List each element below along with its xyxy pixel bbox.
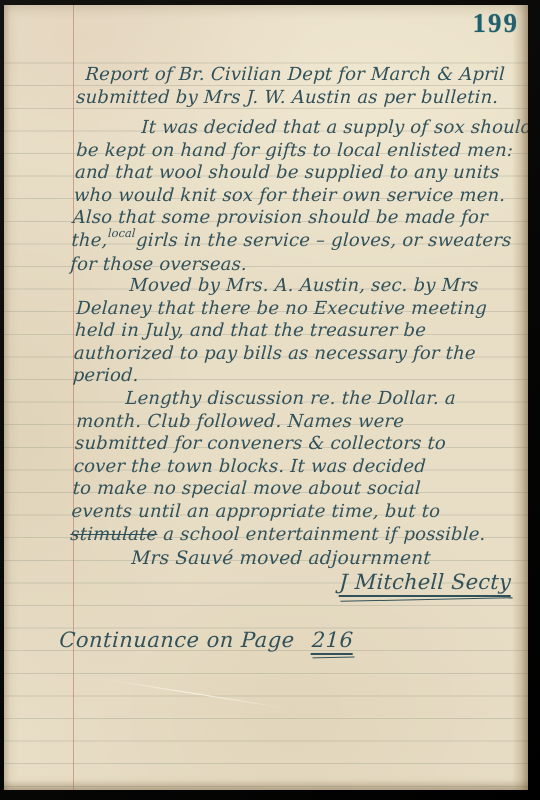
- handwritten-line: Lengthy discussion re. the Dollar. a: [125, 388, 522, 411]
- continuation-page-ref: 216: [311, 629, 354, 655]
- minutes-paragraph-sox-decision: It was decided that a supply of sox shou…: [70, 117, 522, 276]
- adjournment-line: Mrs Sauvé moved adjournment: [131, 548, 522, 571]
- handwritten-line: and that wool should be supplied to any …: [74, 162, 519, 185]
- handwritten-line: who would knit sox for their own service…: [73, 185, 518, 208]
- handwritten-line: submitted for conveners & collectors to: [74, 433, 519, 456]
- handwritten-line: be kept on hand for gifts to local enlis…: [76, 140, 521, 163]
- minutes-paragraph-report: Report of Br. Civilian Dept for March & …: [76, 64, 522, 109]
- continuation-prefix: Continuance on Page: [59, 628, 296, 652]
- handwritten-line: month. Club followed. Names were: [76, 411, 521, 434]
- handwritten-line: period.: [72, 365, 517, 388]
- handwritten-line: for those overseas.: [70, 254, 515, 277]
- handwritten-line: events until an appropriate time, but to: [71, 501, 516, 524]
- secretary-signature: J Mitchell Secty: [339, 571, 512, 597]
- handwritten-line: authorized to pay bills as necessary for…: [73, 343, 518, 366]
- minutes-paragraph-discussion: Lengthy discussion re. the Dollar. amont…: [70, 388, 522, 546]
- notebook-page: 199 Report of Br. Civilian Dept for Marc…: [4, 5, 528, 790]
- handwritten-line: stimulate a school entertainment if poss…: [70, 524, 515, 547]
- handwritten-line: to make no special move about social: [72, 478, 517, 501]
- handwritten-line: Report of Br. Civilian Dept for March & …: [85, 64, 522, 87]
- paper-scratch-artifact: [100, 678, 288, 709]
- handwritten-line: Delaney that there be no Executive meeti…: [76, 298, 521, 321]
- handwritten-line: the,localgirls in the service – gloves, …: [71, 230, 516, 254]
- handwritten-line: submitted by Mrs J. W. Austin as per bul…: [76, 87, 521, 110]
- handwritten-line: Moved by Mrs. A. Austin, sec. by Mrs: [129, 275, 522, 298]
- scanned-minute-book-photo: 199 Report of Br. Civilian Dept for Marc…: [0, 0, 540, 800]
- handwritten-line: It was decided that a supply of sox shou…: [141, 117, 522, 140]
- signature-text: J Mitchell Secty: [339, 571, 512, 597]
- minutes-paragraph-motion: Moved by Mrs. A. Austin, sec. by MrsDela…: [72, 275, 522, 388]
- margin-line: [73, 5, 74, 790]
- continuation-note: Continuance on Page 216: [59, 629, 522, 655]
- handwritten-line: cover the town blocks. It was decided: [73, 456, 518, 479]
- handwritten-line: Also that some provision should be made …: [72, 207, 517, 230]
- handwritten-line: held in July, and that the treasurer be: [74, 320, 519, 343]
- page-number: 199: [473, 8, 520, 39]
